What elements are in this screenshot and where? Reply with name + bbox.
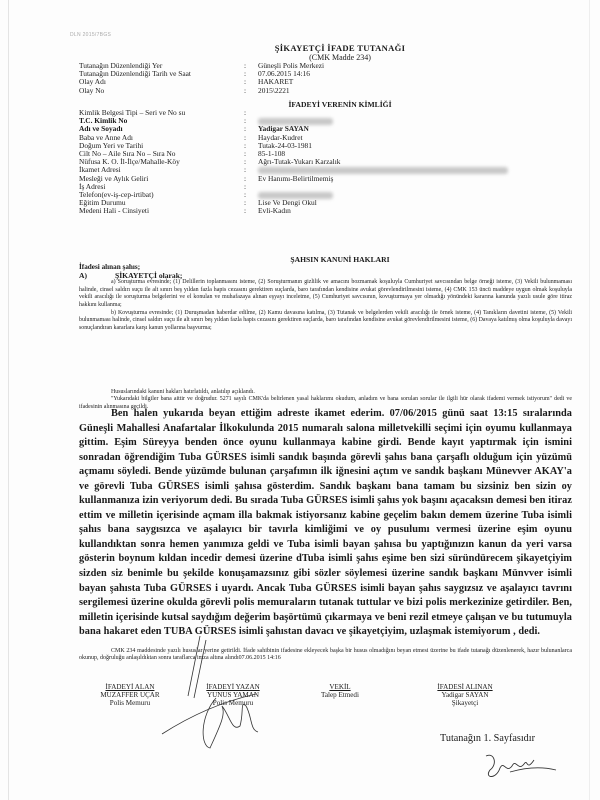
scanned-document-page: DLN 2015/7BGS ŞİKAYETÇİ İFADE TUTANAĞI (… xyxy=(0,0,600,800)
field-value xyxy=(258,117,333,125)
field-separator: : xyxy=(244,158,258,166)
signature-name: Talep Etmedi xyxy=(290,691,390,699)
field-separator: : xyxy=(244,199,258,207)
signature-block: İFADEYİ YAZANYUNUS YAMANPolis Memuru xyxy=(178,683,288,707)
rights-a-text: a) Soruşturma evresinde; (1) Delillerin … xyxy=(79,279,572,309)
field-row: Telefon(ev-iş-cep-irtibat): xyxy=(79,191,508,199)
field-separator: : xyxy=(244,125,258,133)
field-separator: : xyxy=(244,70,258,78)
document-reference-stamp: DLN 2015/7BGS xyxy=(70,32,111,38)
signature-title: Polis Memuru xyxy=(178,699,288,707)
field-separator: : xyxy=(244,150,258,158)
field-row: T.C. Kimlik No: xyxy=(79,117,508,125)
signature-title: Şikayetçi xyxy=(410,699,520,707)
field-label: Medeni Hali - Cinsiyeti xyxy=(79,207,244,215)
complainant-statement: Ben halen yukarıda beyan ettiğim adreste… xyxy=(79,407,572,640)
field-separator: : xyxy=(244,78,258,86)
signature-role: İFADEYİ ALAN xyxy=(75,683,185,691)
field-separator: : xyxy=(244,117,258,125)
signature-role: İFADESİ ALINAN xyxy=(410,683,520,691)
identity-fields: Kimlik Belgesi Tipi – Seri ve No su:T.C.… xyxy=(79,109,508,215)
field-row: Medeni Hali - Cinsiyeti:Evli-Kadın xyxy=(79,207,508,215)
field-separator: : xyxy=(244,87,258,95)
field-label: Olay No xyxy=(79,87,244,95)
field-value xyxy=(258,191,333,199)
field-value: Ev Hanımı-Belirtilmemiş xyxy=(258,175,333,183)
signature-name: YUNUS YAMAN xyxy=(178,691,288,699)
scan-edge-right xyxy=(589,0,590,800)
redacted-value xyxy=(258,167,508,174)
signature-block: İFADESİ ALINANYadigar SAYANŞikayetçi xyxy=(410,683,520,707)
field-value xyxy=(258,166,508,174)
signature-block: VEKİLTalep Etmedi xyxy=(290,683,390,699)
field-value: Ağrı-Tutak-Yukarı Karzalık xyxy=(258,158,340,166)
rights-block: İfadesi alınan şahıs; A) ŞİKAYETÇİ olara… xyxy=(79,264,572,332)
closing-paragraph: CMK 234 maddesinde yazılı hususlar yerin… xyxy=(79,648,572,663)
rights-a-marker: A) xyxy=(79,272,115,280)
page-footer: Tutanağın 1. Sayfasıdır xyxy=(440,733,535,744)
signature-role: İFADEYİ YAZAN xyxy=(178,683,288,691)
document-title: ŞİKAYETÇİ İFADE TUTANAĞI xyxy=(40,43,600,53)
field-row: Nüfusa K. O. İl-İlçe/Mahalle-Köy:Ağrı-Tu… xyxy=(79,158,508,166)
field-row: Mesleği ve Aylık Geliri:Ev Hanımı-Belirt… xyxy=(79,175,508,183)
field-separator: : xyxy=(244,175,258,183)
field-separator: : xyxy=(244,183,258,191)
scan-edge-left xyxy=(8,0,9,800)
field-separator: : xyxy=(244,166,258,174)
field-separator: : xyxy=(244,109,258,117)
field-separator: : xyxy=(244,191,258,199)
field-separator: : xyxy=(244,207,258,215)
field-row: Kimlik Belgesi Tipi – Seri ve No su: xyxy=(79,109,508,117)
field-row: Olay No:2015\2221 xyxy=(79,87,324,95)
redacted-value xyxy=(258,118,333,125)
signature-scribble-complainant xyxy=(480,750,560,786)
signature-block: İFADEYİ ALANMUZAFFER UÇARPolis Memuru xyxy=(75,683,185,707)
signature-role: VEKİL xyxy=(290,683,390,691)
field-value: 2015\2221 xyxy=(258,87,290,95)
signature-name: Yadigar SAYAN xyxy=(410,691,520,699)
field-value: Evli-Kadın xyxy=(258,207,291,215)
rights-b-text: b) Kovuşturma evresinde; (1) Duruşmadan … xyxy=(79,310,572,333)
field-separator: : xyxy=(244,62,258,70)
field-separator: : xyxy=(244,134,258,142)
signature-name: MUZAFFER UÇAR xyxy=(75,691,185,699)
field-separator: : xyxy=(244,142,258,150)
redacted-value xyxy=(258,192,333,199)
header-fields: Tutanağın Düzenlendiği Yer:Güneşli Polis… xyxy=(79,62,324,95)
signature-title: Polis Memuru xyxy=(75,699,185,707)
